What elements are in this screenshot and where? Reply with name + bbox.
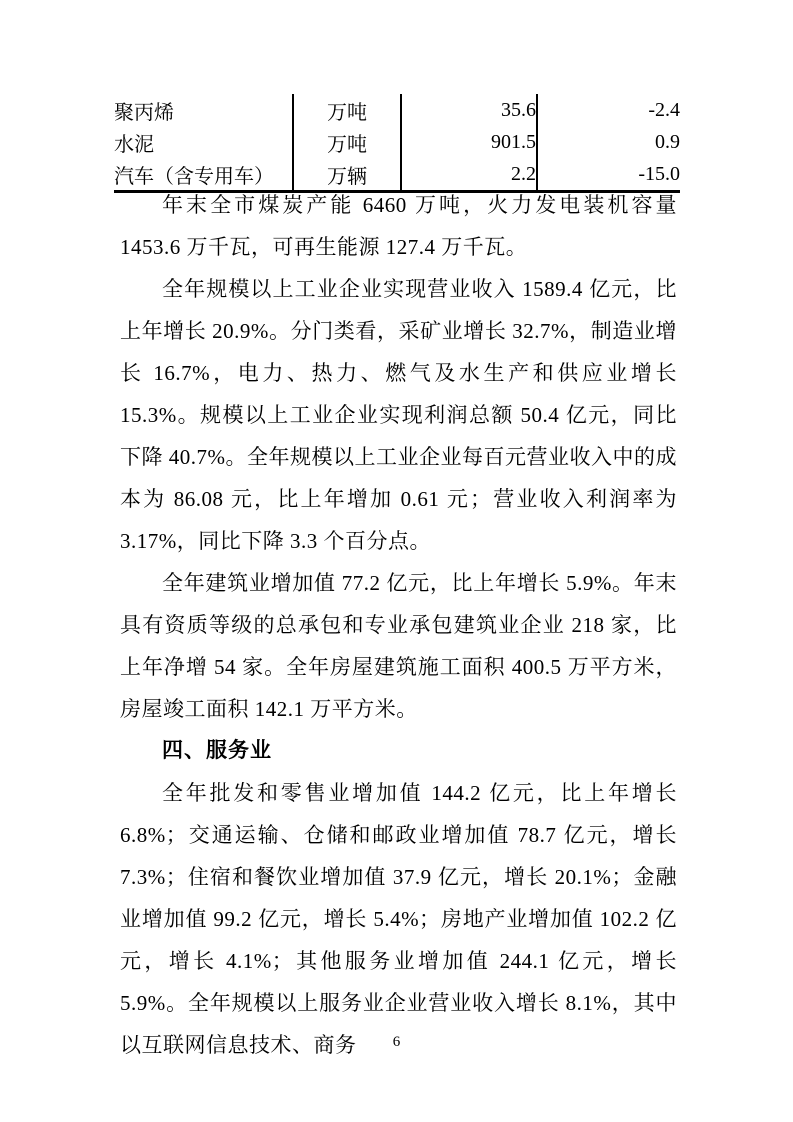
paragraph-services: 全年批发和零售业增加值 144.2 亿元，比上年增长 6.8%；交通运输、仓储和… <box>120 772 677 1066</box>
product-name-cell: 聚丙烯 <box>114 94 293 126</box>
table-row: 聚丙烯 万吨 35.6 -2.4 <box>114 94 680 126</box>
paragraph-construction: 全年建筑业增加值 77.2 亿元，比上年增长 5.9%。年末具有资质等级的总承包… <box>120 562 677 730</box>
section-heading-services: 四、服务业 <box>120 730 677 772</box>
industrial-output-table: 聚丙烯 万吨 35.6 -2.4 水泥 万吨 901.5 0.9 汽车（含专用车… <box>114 94 680 193</box>
page-number: 6 <box>0 1032 793 1052</box>
paragraph-energy-capacity: 年末全市煤炭产能 6460 万吨，火力发电装机容量 1453.6 万千瓦，可再生… <box>120 184 677 268</box>
text-body: 年末全市煤炭产能 6460 万吨，火力发电装机容量 1453.6 万千瓦，可再生… <box>120 184 677 1066</box>
value-cell: 35.6 <box>401 94 537 126</box>
paragraph-industry: 全年规模以上工业企业实现营业收入 1589.4 亿元，比上年增长 20.9%。分… <box>120 268 677 562</box>
document-page: 聚丙烯 万吨 35.6 -2.4 水泥 万吨 901.5 0.9 汽车（含专用车… <box>0 0 793 1122</box>
unit-cell: 万吨 <box>293 126 401 158</box>
unit-cell: 万吨 <box>293 94 401 126</box>
product-name-cell: 水泥 <box>114 126 293 158</box>
value-cell: 901.5 <box>401 126 537 158</box>
change-cell: -2.4 <box>537 94 680 126</box>
change-cell: 0.9 <box>537 126 680 158</box>
table-row: 水泥 万吨 901.5 0.9 <box>114 126 680 158</box>
